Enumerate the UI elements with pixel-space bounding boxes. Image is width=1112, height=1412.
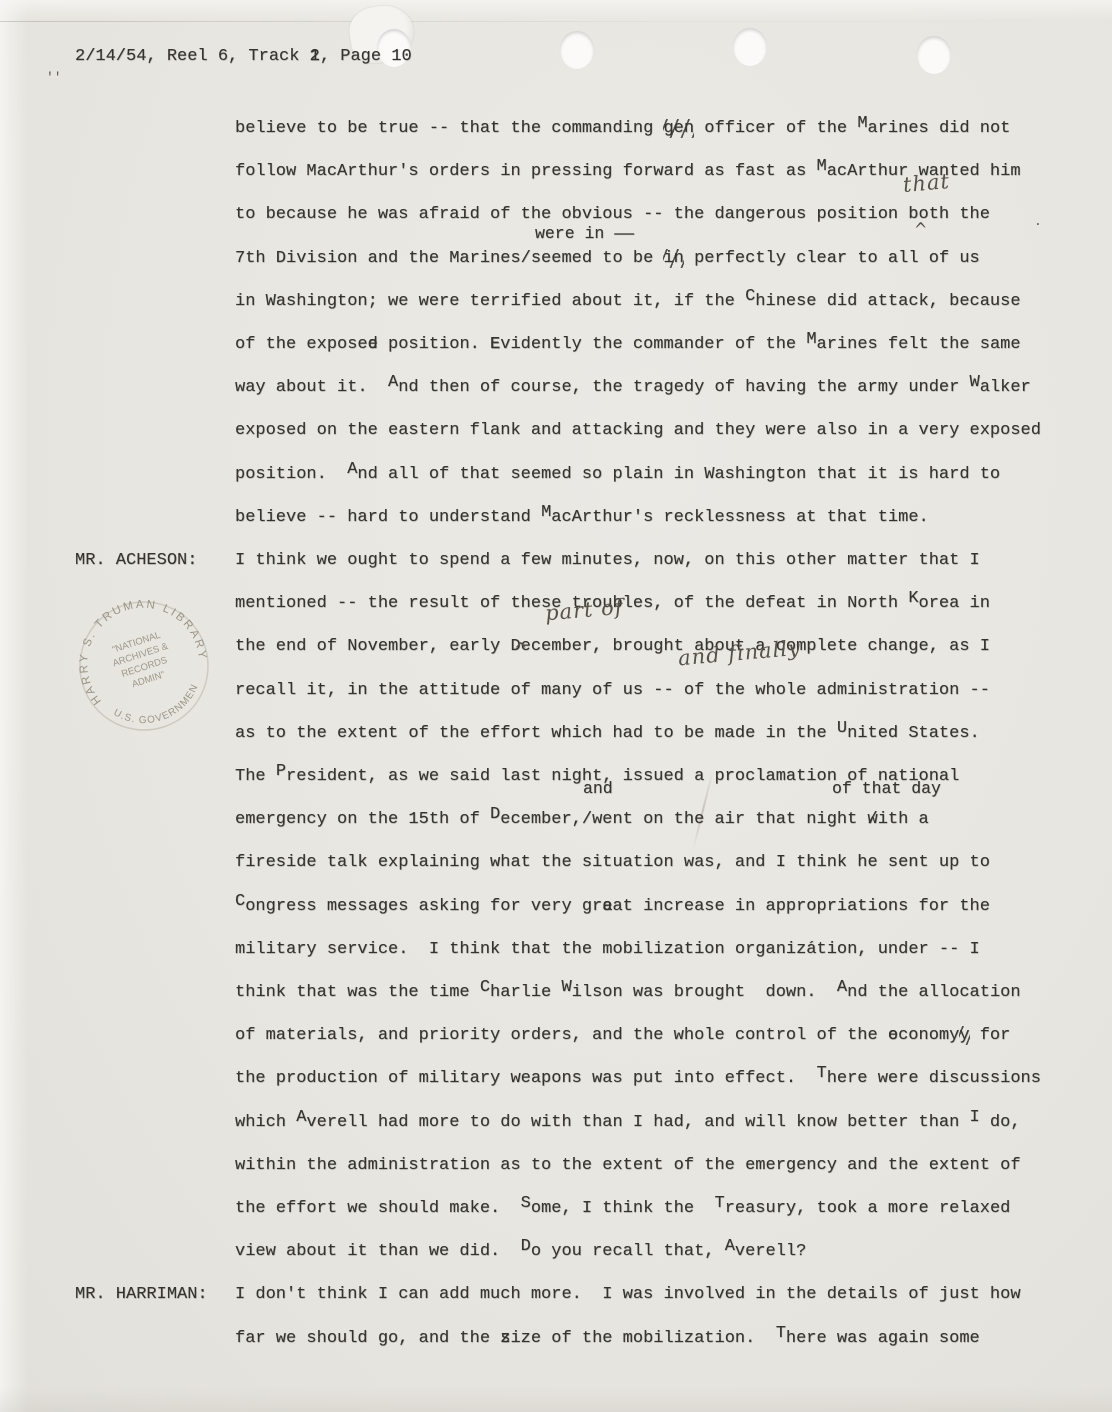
typed-line: of the exposede position. EEvidently the… [235, 333, 1021, 356]
text-segment: emergency on the 15th of [235, 810, 490, 829]
text-segment: the production of military weapons was p… [235, 1069, 817, 1088]
typed-line: exposed on the eastern flank and attacki… [235, 419, 1041, 442]
text-segment: of that day [832, 779, 941, 798]
typed-line: 2/14/54, Reel 6, Track 12, Page 10 [75, 45, 412, 68]
text-segment: C [745, 287, 755, 306]
text-segment: officer of the [694, 119, 857, 138]
text-segment: ^ [914, 218, 927, 242]
text-segment: follow MacArthur's orders in pressing fo… [235, 162, 817, 181]
text-segment: T [817, 1064, 827, 1083]
text-segment: arines did not [868, 119, 1011, 138]
text-segment: y [959, 1026, 969, 1045]
punch-hole [560, 31, 594, 69]
text-segment: for [970, 1026, 1011, 1045]
text-segment: and [583, 779, 613, 798]
text-segment: EE [490, 333, 500, 356]
text-segment: position. [235, 465, 347, 484]
text-segment: W [970, 373, 980, 392]
text-segment: I think we ought to spend a few minutes,… [235, 551, 980, 570]
punch-hole [733, 28, 767, 66]
text-segment: D [521, 1237, 531, 1256]
text-segment: . [1034, 214, 1042, 229]
text-segment: fireside talk explaining what the situat… [235, 853, 990, 872]
typed-line: military service. I think that the mobil… [235, 938, 980, 961]
paper-left-edge [0, 0, 28, 1412]
typed-insertion: and [583, 777, 613, 800]
overtype-char: E [490, 333, 500, 356]
typed-insertion: of that day [832, 777, 941, 800]
text-segment: perfectly clear to all of us [684, 249, 980, 268]
text-segment: within the administration as to the exte… [235, 1156, 1021, 1175]
text-segment: A [725, 1237, 735, 1256]
text-segment: ongress messages asking for very gr [245, 897, 602, 916]
overtype-char: / [868, 808, 878, 831]
text-segment: nited States. [847, 724, 980, 743]
text-segment: ize of the mobilization. [510, 1329, 775, 1348]
stray-mark: . [1034, 210, 1042, 233]
text-segment: nd the allocation [847, 983, 1020, 1002]
text-segment: T [715, 1194, 725, 1213]
text-segment: A [296, 1108, 306, 1127]
text-segment: M [806, 330, 816, 349]
paper-bottom-edge [0, 1386, 1112, 1412]
text-segment: which [235, 1113, 296, 1132]
typed-line: fireside talk explaining what the situat… [235, 851, 990, 874]
typed-line: far we should go, and the szize of the m… [235, 1327, 980, 1350]
text-segment: de [368, 333, 378, 356]
text-segment: verell? [735, 1242, 806, 1261]
speaker-label: MR. ACHESON: [75, 549, 197, 572]
text-segment: eo [888, 1024, 898, 1047]
text-segment: o you recall that, [531, 1242, 725, 1261]
typed-line: the production of military weapons was p… [235, 1067, 1041, 1090]
text-segment: believe to be true -- that the commandin… [235, 119, 663, 138]
typed-line: I think we ought to spend a few minutes,… [235, 549, 980, 572]
text-segment: The [235, 767, 276, 786]
text-segment: , Page 10 [320, 47, 412, 66]
text-segment: vidently the commander of the [500, 335, 806, 354]
text-segment: military service. I think that the mobil… [235, 940, 806, 959]
text-segment: ^ [514, 638, 527, 662]
typed-line: emergency on the 15th of December,/went … [235, 808, 929, 831]
handwritten-annotation: part of [544, 596, 624, 626]
typed-line: believe to be true -- that the commandin… [235, 117, 1010, 140]
paper-crease-horizontal [0, 21, 1112, 22]
text-segment: C [480, 978, 490, 997]
archive-stamp: HARRY S. TRUMAN LIBRARY U.S. GOVERNMENT … [36, 558, 253, 775]
typed-line: as to the extent of the effort which had… [235, 722, 980, 745]
typed-line: in Washington; we were terrified about i… [235, 290, 1021, 313]
text-segment: way about it. [235, 378, 388, 397]
text-segment: U [837, 719, 847, 738]
text-segment: recall it, in the attitude of many of us… [235, 681, 990, 700]
overtype-char: a [602, 895, 612, 918]
text-segment: C [235, 892, 245, 911]
text-segment: 7th Division and the Marines/seemed to b… [235, 249, 663, 268]
typed-line: 7th Division and the Marines/seemed to b… [235, 247, 980, 270]
punch-hole [917, 36, 951, 74]
text-segment: K [908, 589, 918, 608]
text-segment: that [902, 169, 951, 197]
typed-line: I don't think I can add much more. I was… [235, 1283, 1021, 1306]
speaker-label: MR. HARRIMAN: [75, 1283, 208, 1306]
overtype-char: z [500, 1327, 510, 1350]
text-segment: ome, I think the [531, 1199, 715, 1218]
text-segment: exposed on the eastern flank and attacki… [235, 421, 1041, 440]
text-segment: alker [980, 378, 1031, 397]
text-segment: position. [378, 335, 490, 354]
text-segment: the end of November, early December, bro… [235, 637, 990, 656]
text-segment: believe -- hard to understand [235, 508, 541, 527]
text-segment: A [388, 373, 398, 392]
typed-line: of materials, and priority orders, and t… [235, 1024, 1010, 1047]
text-segment: arines felt the same [817, 335, 1021, 354]
text-segment: reasury, took a more relaxed [725, 1199, 1011, 1218]
text-segment: M [857, 114, 867, 133]
caret-mark: ^ [914, 215, 927, 244]
typed-line: believe -- hard to understand MacArthur'… [235, 506, 929, 529]
text-segment: here were discussions [827, 1069, 1041, 1088]
overtype-char: o [888, 1024, 898, 1047]
text-segment: were in —— [535, 224, 634, 243]
text-segment: conomy [898, 1026, 959, 1045]
text-segment: I don't think I can add much more. I was… [235, 1285, 1021, 1304]
paper-top-edge [0, 0, 1112, 20]
text-segment: at increase in appropriations for the [612, 897, 989, 916]
caret-mark: ^ [514, 635, 527, 664]
typed-line: recall it, in the attitude of many of us… [235, 679, 990, 702]
typed-line: Congress messages asking for very greaat… [235, 895, 990, 918]
text-segment: in [663, 249, 683, 268]
text-segment: far we should go, and the [235, 1329, 500, 1348]
text-segment: nd all of that seemed so plain in Washin… [357, 465, 1000, 484]
text-segment: as to the extent of the effort which had… [235, 724, 837, 743]
text-segment: ecember,/went on the air that night [500, 810, 867, 829]
typed-line: view about it than we did. Do you recall… [235, 1240, 806, 1263]
typed-insertion: were in —— [535, 222, 634, 245]
text-segment: a´ [806, 938, 816, 961]
stray-mark: '' [46, 66, 62, 89]
text-segment: harlie [490, 983, 561, 1002]
typed-line: the end of November, early December, bro… [235, 635, 990, 658]
text-segment: here was again some [786, 1329, 980, 1348]
text-segment: of materials, and priority orders, and t… [235, 1026, 888, 1045]
text-segment: T [776, 1324, 786, 1343]
text-segment: D [490, 805, 500, 824]
text-segment: I [970, 1108, 980, 1127]
handwritten-annotation: that [902, 170, 951, 197]
text-segment: ilson was brought down. [572, 983, 837, 1002]
typed-line: which Averell had more to do with than I… [235, 1111, 1021, 1134]
text-segment: sz [500, 1327, 510, 1350]
text-segment: in Washington; we were terrified about i… [235, 292, 745, 311]
text-segment: of the expose [235, 335, 368, 354]
text-segment: 2/14/54, Reel 6, Track [75, 47, 310, 66]
text-segment: do, [980, 1113, 1021, 1132]
text-segment: MR. HARRIMAN: [75, 1285, 208, 1304]
typed-line: within the administration as to the exte… [235, 1154, 1021, 1177]
text-segment: W [561, 978, 571, 997]
text-segment: orea in [919, 594, 990, 613]
text-segment: ith a [878, 810, 929, 829]
typed-line: the effort we should make. Some, I think… [235, 1197, 1010, 1220]
text-segment: S [521, 1194, 531, 1213]
overtype-char: 2 [310, 45, 320, 68]
text-segment: M [541, 503, 551, 522]
text-segment: MR. ACHESON: [75, 551, 197, 570]
text-segment: A [837, 978, 847, 997]
typed-line: way about it. And then of course, the tr… [235, 376, 1031, 399]
text-segment: 12 [310, 45, 320, 68]
text-segment: tion, under -- I [817, 940, 980, 959]
overtype-char: e [368, 333, 378, 356]
text-segment: hinese did attack, because [755, 292, 1020, 311]
document-page: HARRY S. TRUMAN LIBRARY U.S. GOVERNMENT … [0, 0, 1112, 1412]
text-segment: ea [602, 895, 612, 918]
text-segment: w/ [868, 808, 878, 831]
text-segment: gen [663, 119, 694, 138]
typed-line: position. And all of that seemed so plai… [235, 463, 1000, 486]
text-segment: the effort we should make. [235, 1199, 521, 1218]
text-segment: acArthur's recklessness at that time. [551, 508, 928, 527]
typed-line: think that was the time Charlie Wilson w… [235, 981, 1021, 1004]
text-segment: verell had more to do with than I had, a… [306, 1113, 969, 1132]
text-segment: view about it than we did. [235, 1242, 521, 1261]
text-segment: nd then of course, the tragedy of having… [398, 378, 969, 397]
text-segment: P [276, 762, 286, 781]
text-segment: M [817, 157, 827, 176]
overtype-char: ´ [806, 938, 816, 961]
text-segment: A [347, 460, 357, 479]
text-segment: think that was the time [235, 983, 480, 1002]
text-segment: '' [46, 70, 62, 85]
